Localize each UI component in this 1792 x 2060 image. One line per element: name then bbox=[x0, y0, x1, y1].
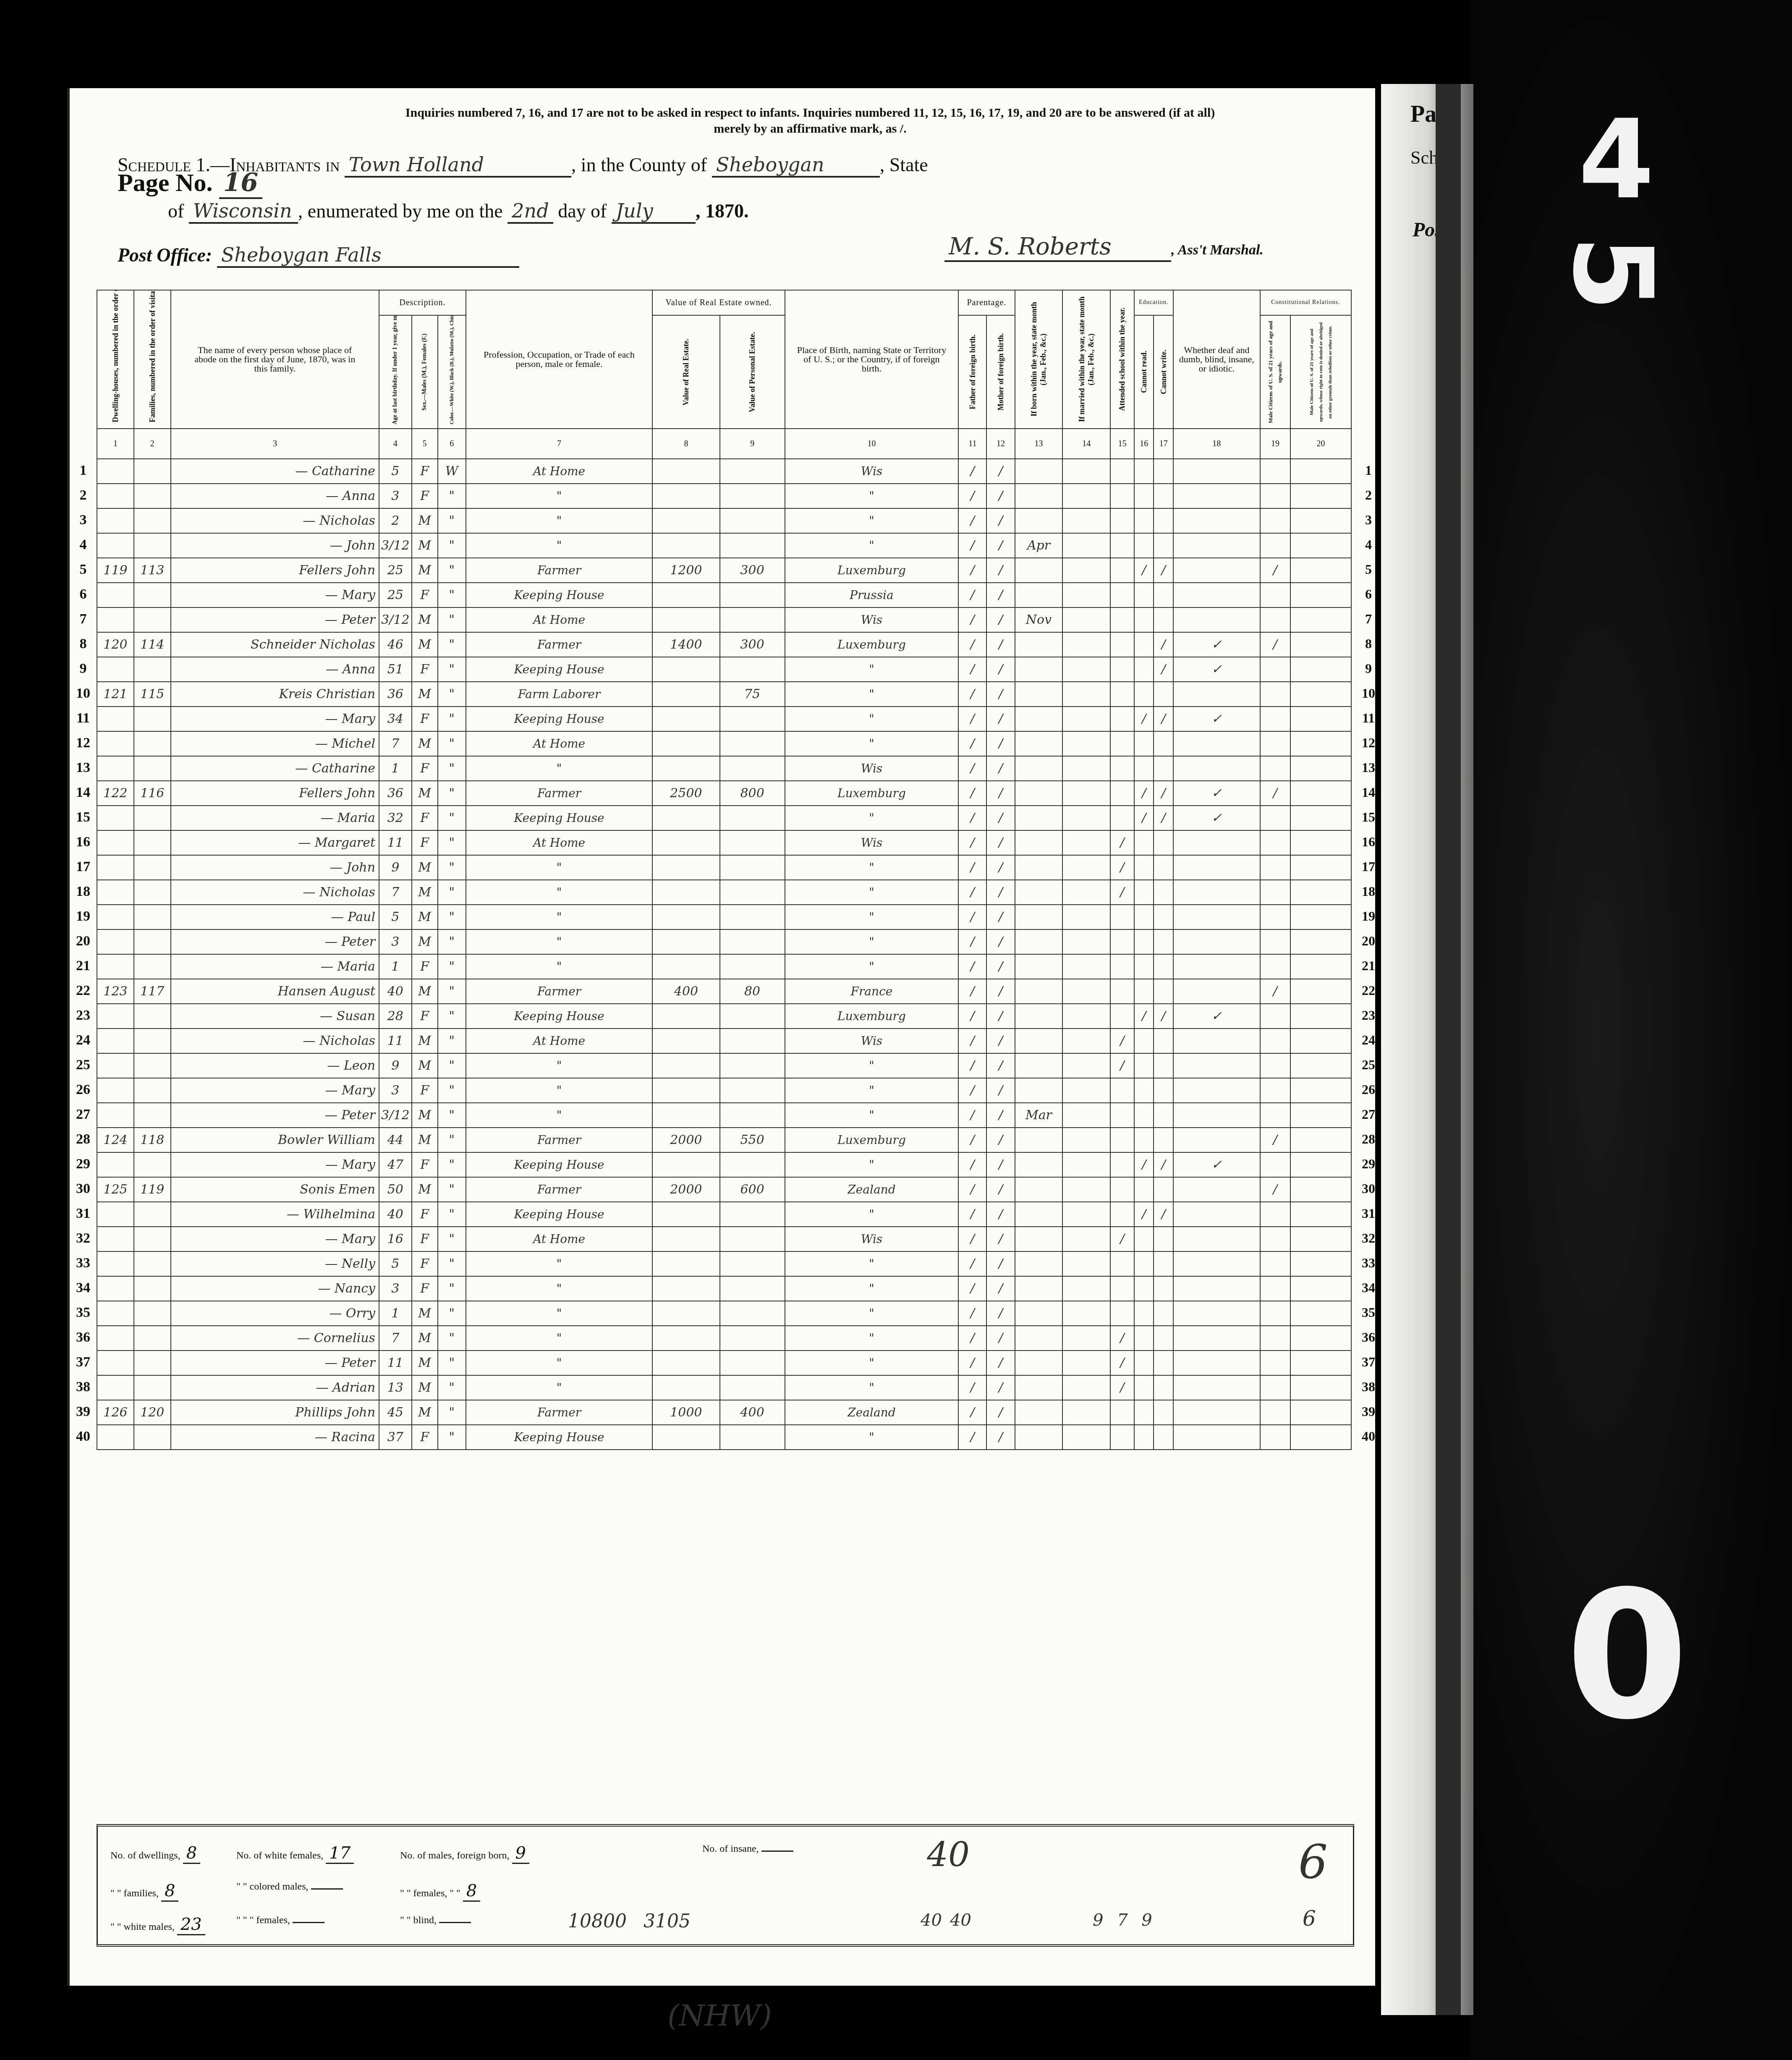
color-cell: W bbox=[438, 459, 466, 484]
mother-foreign-total: 40 bbox=[950, 1911, 971, 1930]
married-month-cell bbox=[1062, 1128, 1110, 1152]
father-foreign-cell: / bbox=[958, 1400, 986, 1425]
family-number-cell bbox=[134, 657, 171, 682]
real-estate-value-cell bbox=[652, 1276, 719, 1301]
personal-estate-value-cell bbox=[720, 1227, 785, 1251]
male-citizen-cell bbox=[1260, 1425, 1290, 1450]
family-number-cell bbox=[134, 1103, 171, 1128]
row-number-left: 8 bbox=[71, 636, 96, 652]
white-females-summary: No. of white females, 17 bbox=[236, 1843, 354, 1863]
family-number-cell bbox=[134, 731, 171, 756]
personal-estate-value-cell bbox=[720, 731, 785, 756]
row-number-left: 34 bbox=[71, 1280, 96, 1296]
person-name-cell: — John bbox=[171, 533, 379, 558]
blind-summary: " " blind, bbox=[400, 1915, 471, 1926]
dwelling-number-cell bbox=[97, 707, 134, 731]
row-number-right: 20 bbox=[1356, 933, 1381, 949]
born-month-cell bbox=[1015, 682, 1063, 707]
birthplace-cell: " bbox=[785, 1351, 959, 1375]
married-month-cell bbox=[1062, 607, 1110, 632]
occupation-cell: Keeping House bbox=[466, 707, 653, 731]
education-group-header: Education. bbox=[1134, 290, 1173, 315]
white-males-count: 23 bbox=[177, 1915, 205, 1935]
dwelling-number-cell: 123 bbox=[97, 979, 134, 1004]
person-name-cell: — Peter bbox=[171, 1103, 379, 1128]
attended-school-cell bbox=[1110, 1152, 1134, 1177]
marshal-signature: M. S. Roberts bbox=[944, 233, 1171, 262]
birthplace-cell: Zealand bbox=[785, 1177, 959, 1202]
sex-cell: M bbox=[412, 1301, 438, 1326]
row-number-right: 11 bbox=[1356, 710, 1381, 726]
row-number-left: 14 bbox=[71, 785, 96, 801]
family-number-cell bbox=[134, 484, 171, 508]
row-number-right: 16 bbox=[1356, 834, 1381, 850]
mother-foreign-cell: / bbox=[986, 632, 1015, 657]
cannot-write-cell bbox=[1154, 607, 1173, 632]
cannot-read-cell bbox=[1134, 1177, 1154, 1202]
color-cell: " bbox=[438, 1276, 466, 1301]
age-cell: 11 bbox=[379, 1351, 412, 1375]
family-number-cell: 118 bbox=[134, 1128, 171, 1152]
father-foreign-cell: / bbox=[958, 1425, 986, 1450]
age-cell: 36 bbox=[379, 682, 412, 707]
cannot-write-cell bbox=[1154, 1301, 1173, 1326]
birthplace-cell: " bbox=[785, 1078, 959, 1103]
real-estate-value-cell bbox=[652, 707, 719, 731]
occupation-cell: " bbox=[466, 1276, 653, 1301]
vote-denied-cell bbox=[1290, 1078, 1351, 1103]
born-month-cell bbox=[1015, 1400, 1063, 1425]
table-row: — John9M"""/// bbox=[97, 855, 1351, 880]
cannot-write-cell bbox=[1154, 1251, 1173, 1276]
col-num: 7 bbox=[466, 429, 653, 459]
attended-school-cell bbox=[1110, 657, 1134, 682]
male-citizen-cell bbox=[1260, 682, 1290, 707]
notice-line-2: merely by an affirmative mark, as /. bbox=[285, 121, 1335, 137]
attended-school-cell bbox=[1110, 1128, 1134, 1152]
vote-denied-cell bbox=[1290, 1400, 1351, 1425]
person-name-cell: Sonis Emen bbox=[171, 1177, 379, 1202]
vote-denied-cell bbox=[1290, 954, 1351, 979]
person-name-cell: — Peter bbox=[171, 1351, 379, 1375]
col-6-header: Color.—White (W.), Black (B.), Mulatto (… bbox=[438, 315, 466, 429]
sex-cell: F bbox=[412, 1425, 438, 1450]
birthplace-cell: " bbox=[785, 1053, 959, 1078]
family-number-cell bbox=[134, 1202, 171, 1227]
row-number-left: 15 bbox=[71, 809, 96, 825]
mother-foreign-cell: / bbox=[986, 459, 1015, 484]
row-number-right: 24 bbox=[1356, 1032, 1381, 1048]
col-num: 10 bbox=[785, 429, 959, 459]
sex-cell: M bbox=[412, 607, 438, 632]
color-cell: " bbox=[438, 682, 466, 707]
cannot-write-cell: / bbox=[1154, 806, 1173, 830]
real-estate-total: 10800 bbox=[568, 1911, 627, 1932]
cannot-write-cell bbox=[1154, 459, 1173, 484]
age-cell: 50 bbox=[379, 1177, 412, 1202]
person-name-cell: — Mary bbox=[171, 1152, 379, 1177]
mother-foreign-cell: / bbox=[986, 1078, 1015, 1103]
attended-school-cell bbox=[1110, 707, 1134, 731]
vote-denied-cell bbox=[1290, 459, 1351, 484]
age-cell: 3/12 bbox=[379, 607, 412, 632]
table-row: — Wilhelmina40F"Keeping House"//// bbox=[97, 1202, 1351, 1227]
birthplace-cell: Wis bbox=[785, 459, 959, 484]
row-number-left: 22 bbox=[71, 983, 96, 999]
dwellings-count: 8 bbox=[183, 1843, 200, 1864]
family-number-cell bbox=[134, 905, 171, 929]
sex-cell: M bbox=[412, 880, 438, 905]
sex-cell: F bbox=[412, 657, 438, 682]
post-office-label: Post Office: bbox=[118, 244, 212, 266]
married-month-cell bbox=[1062, 1326, 1110, 1351]
cannot-write-cell bbox=[1154, 731, 1173, 756]
born-month-cell bbox=[1015, 1227, 1063, 1251]
mother-foreign-cell: / bbox=[986, 1351, 1015, 1375]
mother-foreign-cell: / bbox=[986, 682, 1015, 707]
person-name-cell: — Cornelius bbox=[171, 1326, 379, 1351]
married-month-cell bbox=[1062, 1227, 1110, 1251]
state-value: Wisconsin bbox=[189, 199, 298, 224]
row-number-right: 10 bbox=[1356, 686, 1381, 701]
county-value: Sheboygan bbox=[712, 153, 880, 178]
male-citizen-cell bbox=[1260, 1053, 1290, 1078]
mother-foreign-cell: / bbox=[986, 830, 1015, 855]
row-number-right: 33 bbox=[1356, 1255, 1381, 1271]
disability-cell bbox=[1173, 1078, 1260, 1103]
sex-cell: F bbox=[412, 484, 438, 508]
table-row: — Maria1F"""// bbox=[97, 954, 1351, 979]
col-14-header: If married within the year, state month … bbox=[1062, 290, 1110, 429]
mother-foreign-cell: / bbox=[986, 781, 1015, 806]
color-cell: " bbox=[438, 905, 466, 929]
age-cell: 9 bbox=[379, 855, 412, 880]
married-month-cell bbox=[1062, 979, 1110, 1004]
dwelling-number-cell bbox=[97, 1227, 134, 1251]
occupation-cell: At Home bbox=[466, 731, 653, 756]
father-foreign-cell: / bbox=[958, 756, 986, 781]
person-name-cell: — Nicholas bbox=[171, 508, 379, 533]
cannot-read-cell: / bbox=[1134, 707, 1154, 731]
occupation-cell: " bbox=[466, 1326, 653, 1351]
mother-foreign-cell: / bbox=[986, 1103, 1015, 1128]
col-11-header: Father of foreign birth. bbox=[958, 315, 986, 429]
color-cell: " bbox=[438, 781, 466, 806]
occupation-cell: " bbox=[466, 508, 653, 533]
male-citizen-cell bbox=[1260, 1152, 1290, 1177]
occupation-cell: Keeping House bbox=[466, 1202, 653, 1227]
male-citizen-cell bbox=[1260, 1351, 1290, 1375]
sex-cell: F bbox=[412, 1202, 438, 1227]
color-cell: " bbox=[438, 1251, 466, 1276]
table-row: — Cornelius7M"""/// bbox=[97, 1326, 1351, 1351]
film-mark-bottom: 0 bbox=[1566, 1553, 1688, 1759]
age-cell: 5 bbox=[379, 1251, 412, 1276]
cannot-write-cell bbox=[1154, 1326, 1173, 1351]
family-number-cell bbox=[134, 1029, 171, 1053]
dwelling-number-cell: 124 bbox=[97, 1128, 134, 1152]
dwelling-number-cell bbox=[97, 855, 134, 880]
cannot-read-cell bbox=[1134, 459, 1154, 484]
disability-cell: ✓ bbox=[1173, 707, 1260, 731]
cannot-write-cell bbox=[1154, 1029, 1173, 1053]
cannot-read-cell: / bbox=[1134, 1152, 1154, 1177]
col-num: 4 bbox=[379, 429, 412, 459]
disability-cell: ✓ bbox=[1173, 1152, 1260, 1177]
dwelling-number-cell bbox=[97, 1251, 134, 1276]
father-foreign-cell: / bbox=[958, 929, 986, 954]
cannot-read-cell bbox=[1134, 1103, 1154, 1128]
instructions-notice: Inquiries numbered 7, 16, and 17 are not… bbox=[285, 105, 1335, 137]
birthplace-cell: " bbox=[785, 806, 959, 830]
disability-cell bbox=[1173, 1251, 1260, 1276]
birthplace-cell: " bbox=[785, 954, 959, 979]
cannot-write-cell bbox=[1154, 484, 1173, 508]
vote-denied-cell bbox=[1290, 1128, 1351, 1152]
color-cell: " bbox=[438, 1375, 466, 1400]
col-num: 18 bbox=[1173, 429, 1260, 459]
estate-totals: 108003105 bbox=[568, 1911, 691, 1932]
age-cell: 2 bbox=[379, 508, 412, 533]
row-number-right: 4 bbox=[1356, 537, 1381, 552]
father-foreign-cell: / bbox=[958, 1053, 986, 1078]
cannot-write-cell bbox=[1154, 1078, 1173, 1103]
table-row: — Peter11M"""/// bbox=[97, 1351, 1351, 1375]
col-num: 2 bbox=[134, 429, 171, 459]
dwelling-number-cell bbox=[97, 1202, 134, 1227]
sex-cell: F bbox=[412, 459, 438, 484]
row-number-left: 32 bbox=[71, 1230, 96, 1246]
parentage-group-header: Parentage. bbox=[958, 290, 1015, 315]
cannot-read-cell bbox=[1134, 929, 1154, 954]
mother-foreign-cell: / bbox=[986, 1425, 1015, 1450]
person-name-cell: Hansen August bbox=[171, 979, 379, 1004]
born-month-cell bbox=[1015, 508, 1063, 533]
cannot-read-cell bbox=[1134, 1029, 1154, 1053]
personal-estate-value-cell bbox=[720, 1251, 785, 1276]
cannot-write-cell bbox=[1154, 1375, 1173, 1400]
family-number-cell bbox=[134, 508, 171, 533]
row-number-right: 38 bbox=[1356, 1379, 1381, 1395]
mother-foreign-cell: / bbox=[986, 657, 1015, 682]
mother-foreign-cell: / bbox=[986, 1400, 1015, 1425]
col-15-header: Attended school within the year. bbox=[1110, 290, 1134, 429]
row-number-left: 11 bbox=[71, 710, 96, 726]
father-foreign-cell: / bbox=[958, 1301, 986, 1326]
attended-school-cell: / bbox=[1110, 1053, 1134, 1078]
attended-school-cell bbox=[1110, 806, 1134, 830]
table-row: 124118Bowler William44M"Farmer2000550Lux… bbox=[97, 1128, 1351, 1152]
females-foreign-count: 8 bbox=[463, 1881, 480, 1902]
sex-cell: F bbox=[412, 1004, 438, 1029]
vote-denied-cell bbox=[1290, 1276, 1351, 1301]
father-foreign-cell: / bbox=[958, 880, 986, 905]
mother-foreign-cell: / bbox=[986, 533, 1015, 558]
disability-cell bbox=[1173, 1053, 1260, 1078]
cannot-read-cell bbox=[1134, 533, 1154, 558]
dwelling-number-cell bbox=[97, 1103, 134, 1128]
disability-cell bbox=[1173, 1177, 1260, 1202]
married-month-cell bbox=[1062, 806, 1110, 830]
disability-cell bbox=[1173, 583, 1260, 607]
cannot-read-cell bbox=[1134, 756, 1154, 781]
real-estate-value-cell bbox=[652, 855, 719, 880]
vote-denied-cell bbox=[1290, 1326, 1351, 1351]
sex-cell: M bbox=[412, 558, 438, 583]
row-number-right: 13 bbox=[1356, 760, 1381, 775]
birthplace-cell: " bbox=[785, 905, 959, 929]
cannot-read-cell: / bbox=[1134, 806, 1154, 830]
birthplace-cell: " bbox=[785, 1425, 959, 1450]
male-citizen-cell bbox=[1260, 929, 1290, 954]
occupation-cell: Farmer bbox=[466, 781, 653, 806]
occupation-cell: " bbox=[466, 954, 653, 979]
film-mark-middle: 5 bbox=[1549, 236, 1675, 311]
occupation-cell: " bbox=[466, 1103, 653, 1128]
table-row: — Paul5M"""// bbox=[97, 905, 1351, 929]
cannot-write-cell bbox=[1154, 756, 1173, 781]
person-name-cell: Bowler William bbox=[171, 1128, 379, 1152]
table-row: 120114Schneider Nicholas46M"Farmer140030… bbox=[97, 632, 1351, 657]
cannot-read-cell bbox=[1134, 657, 1154, 682]
born-month-cell bbox=[1015, 929, 1063, 954]
age-cell: 13 bbox=[379, 1375, 412, 1400]
male-citizen-cell bbox=[1260, 508, 1290, 533]
real-estate-value-cell bbox=[652, 1251, 719, 1276]
col-5-header: Sex.—Males (M.), Females (F.) bbox=[412, 315, 438, 429]
personal-estate-value-cell bbox=[720, 657, 785, 682]
state-date-row: of Wisconsin, enumerated by me on the 2n… bbox=[168, 199, 748, 224]
cannot-read-cell bbox=[1134, 682, 1154, 707]
family-number-cell bbox=[134, 1375, 171, 1400]
color-cell: " bbox=[438, 1301, 466, 1326]
birthplace-cell: " bbox=[785, 880, 959, 905]
dwelling-number-cell: 119 bbox=[97, 558, 134, 583]
born-month-cell bbox=[1015, 1202, 1063, 1227]
insane-count bbox=[761, 1851, 793, 1852]
disability-cell bbox=[1173, 756, 1260, 781]
born-month-cell: Apr bbox=[1015, 533, 1063, 558]
real-estate-value-cell bbox=[652, 459, 719, 484]
male-citizen-cell bbox=[1260, 1326, 1290, 1351]
table-row: — Mary25F"Keeping HousePrussia// bbox=[97, 583, 1351, 607]
row-number-left: 4 bbox=[71, 537, 96, 553]
attended-school-cell bbox=[1110, 682, 1134, 707]
disability-cell bbox=[1173, 459, 1260, 484]
real-estate-value-cell bbox=[652, 657, 719, 682]
born-month-cell bbox=[1015, 1128, 1063, 1152]
occupation-cell: At Home bbox=[466, 459, 653, 484]
colored-females-count bbox=[293, 1922, 324, 1923]
mother-foreign-cell: / bbox=[986, 1202, 1015, 1227]
born-month-cell bbox=[1015, 979, 1063, 1004]
male-citizen-cell bbox=[1260, 1400, 1290, 1425]
cannot-write-cell bbox=[1154, 1276, 1173, 1301]
cannot-read-cell bbox=[1134, 508, 1154, 533]
sex-cell: F bbox=[412, 1276, 438, 1301]
cannot-write-cell bbox=[1154, 1227, 1173, 1251]
vote-denied-cell bbox=[1290, 1301, 1351, 1326]
age-cell: 3/12 bbox=[379, 533, 412, 558]
insane-summary: No. of insane, bbox=[702, 1843, 793, 1855]
row-number-left: 16 bbox=[71, 834, 96, 850]
real-estate-value-cell: 1400 bbox=[652, 632, 719, 657]
father-foreign-cell: / bbox=[958, 954, 986, 979]
cannot-read-cell bbox=[1134, 979, 1154, 1004]
color-cell: " bbox=[438, 929, 466, 954]
sex-cell: F bbox=[412, 583, 438, 607]
attended-school-cell: / bbox=[1110, 1375, 1134, 1400]
age-cell: 40 bbox=[379, 1202, 412, 1227]
cannot-read-cell bbox=[1134, 632, 1154, 657]
real-estate-value-cell bbox=[652, 929, 719, 954]
family-number-cell bbox=[134, 830, 171, 855]
born-month-cell bbox=[1015, 781, 1063, 806]
cannot-write-cell bbox=[1154, 880, 1173, 905]
table-row: — Mary34F"Keeping House"////✓ bbox=[97, 707, 1351, 731]
family-number-cell bbox=[134, 707, 171, 731]
dwellings-label: No. of dwellings, bbox=[110, 1850, 181, 1861]
person-name-cell: — Peter bbox=[171, 929, 379, 954]
real-estate-group-header: Value of Real Estate owned. bbox=[652, 290, 785, 315]
color-cell: " bbox=[438, 880, 466, 905]
disability-cell bbox=[1173, 1202, 1260, 1227]
citizens-total-large: 6 bbox=[1298, 1835, 1328, 1889]
birthplace-cell: " bbox=[785, 929, 959, 954]
disability-cell bbox=[1173, 905, 1260, 929]
dwelling-number-cell bbox=[97, 1276, 134, 1301]
row-number-left: 29 bbox=[71, 1156, 96, 1172]
father-foreign-cell: / bbox=[958, 1375, 986, 1400]
person-name-cell: — Adrian bbox=[171, 1375, 379, 1400]
dwelling-number-cell bbox=[97, 1425, 134, 1450]
person-name-cell: — Susan bbox=[171, 1004, 379, 1029]
personal-estate-total: 3105 bbox=[644, 1911, 691, 1932]
table-row: — Susan28F"Keeping HouseLuxemburg////✓ bbox=[97, 1004, 1351, 1029]
personal-estate-value-cell bbox=[720, 583, 785, 607]
married-month-cell bbox=[1062, 558, 1110, 583]
table-row: — Nicholas7M"""/// bbox=[97, 880, 1351, 905]
township-value: Town Holland bbox=[345, 153, 571, 178]
females-foreign-label: " " females, " " bbox=[400, 1888, 460, 1899]
personal-estate-value-cell bbox=[720, 533, 785, 558]
real-estate-value-cell bbox=[652, 1053, 719, 1078]
disability-cell bbox=[1173, 508, 1260, 533]
married-month-cell bbox=[1062, 756, 1110, 781]
families-label: " " families, bbox=[110, 1888, 159, 1899]
personal-estate-value-cell bbox=[720, 607, 785, 632]
birthplace-cell: Luxemburg bbox=[785, 781, 959, 806]
attended-school-cell bbox=[1110, 1276, 1134, 1301]
birthplace-cell: France bbox=[785, 979, 959, 1004]
color-cell: " bbox=[438, 731, 466, 756]
family-number-cell bbox=[134, 607, 171, 632]
occupation-cell: Keeping House bbox=[466, 657, 653, 682]
age-cell: 47 bbox=[379, 1152, 412, 1177]
married-month-cell bbox=[1062, 1029, 1110, 1053]
cannot-read-cell bbox=[1134, 1351, 1154, 1375]
color-cell: " bbox=[438, 607, 466, 632]
col-num: 17 bbox=[1154, 429, 1173, 459]
cannot-read-cell: / bbox=[1134, 558, 1154, 583]
real-estate-value-cell bbox=[652, 1078, 719, 1103]
disability-cell: ✓ bbox=[1173, 806, 1260, 830]
dwelling-number-cell: 126 bbox=[97, 1400, 134, 1425]
row-number-right: 5 bbox=[1356, 562, 1381, 577]
mother-foreign-cell: / bbox=[986, 880, 1015, 905]
table-row: — Anna3F"""// bbox=[97, 484, 1351, 508]
color-cell: " bbox=[438, 484, 466, 508]
